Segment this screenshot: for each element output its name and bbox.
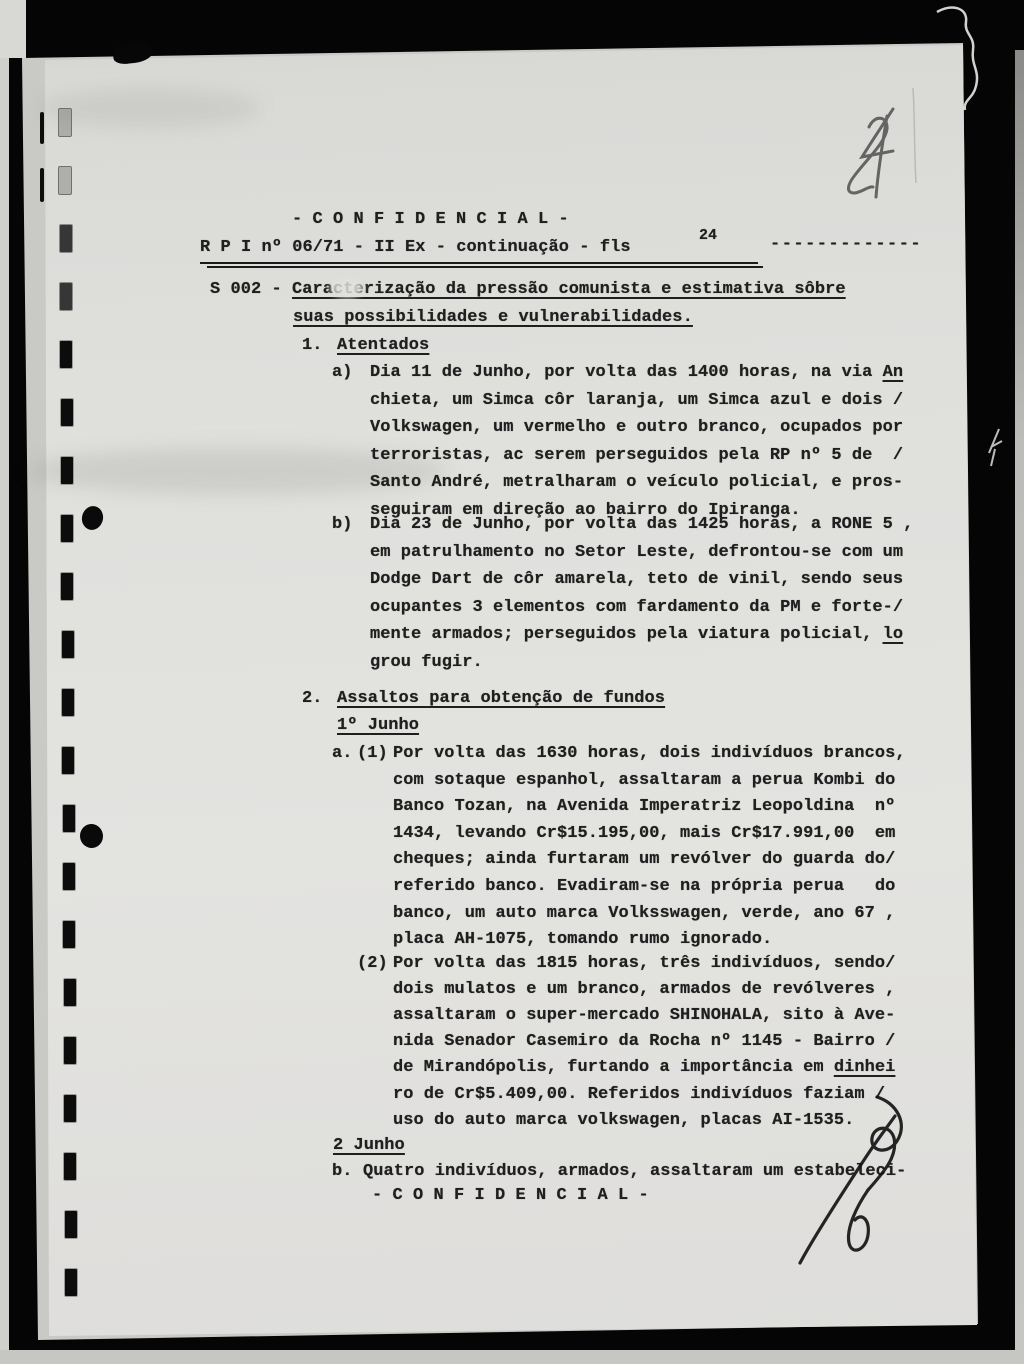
line-text: Quatro indivíduos, armados, assaltaram u… xyxy=(363,1162,906,1181)
punch-hole xyxy=(59,224,73,253)
punch-hole xyxy=(62,862,76,891)
punch-hole xyxy=(60,456,74,485)
white-scratch-mark xyxy=(989,429,1002,466)
punch-hole xyxy=(59,340,73,369)
punch-hole xyxy=(64,1210,78,1239)
document-line: ocupantes 3 elementos com fardamento da … xyxy=(370,599,903,617)
line-text: de Mirandópolis, furtando a importância … xyxy=(393,1058,834,1077)
document-line: grou fugir. xyxy=(370,654,483,672)
document-line: assaltaram o super-mercado SHINOHALA, si… xyxy=(393,1007,895,1025)
line-text: grou fugir. xyxy=(370,653,483,672)
classification-header: - C O N F I D E N C I A L - xyxy=(292,211,569,229)
document-line: nida Senador Casemiro da Rocha nº 1145 -… xyxy=(393,1033,895,1051)
document-line: Banco Tozan, na Avenida Imperatriz Leopo… xyxy=(393,798,895,816)
document-line: Dodge Dart de côr amarela, teto de vinil… xyxy=(370,571,903,589)
subject-line-2: suas possibilidades e vulnerabilidades. xyxy=(293,309,693,327)
reference-dashes: ------------- xyxy=(770,236,922,254)
line-text: Por volta das 1815 horas, três indivíduo… xyxy=(393,954,895,973)
line-text-underlined: dinhei xyxy=(834,1058,896,1077)
line-text: ro de Cr$5.409,00. Referidos indivíduos … xyxy=(393,1085,885,1104)
list-marker: a. xyxy=(332,745,353,763)
scanned-document: - C O N F I D E N C I A L - R P I nº 06/… xyxy=(0,0,1024,1364)
punch-hole xyxy=(63,1094,77,1123)
punch-hole xyxy=(60,572,74,601)
date-subheading: 1º Junho xyxy=(337,717,419,735)
line-text: Volkswagen, um vermelho e outro branco, … xyxy=(370,418,903,437)
punch-hole xyxy=(64,1268,78,1297)
scanner-edge-right xyxy=(1015,50,1024,1364)
line-text: assaltaram o super-mercado SHINOHALA, si… xyxy=(393,1006,895,1025)
punch-hole xyxy=(62,804,76,833)
line-text: ocupantes 3 elementos com fardamento da … xyxy=(370,598,903,617)
document-line: Por volta das 1630 horas, dois indivíduo… xyxy=(393,745,906,763)
punch-hole xyxy=(60,398,74,427)
punch-hole xyxy=(60,514,74,543)
document-line: referido banco. Evadiram-se na própria p… xyxy=(393,878,895,896)
punch-hole xyxy=(58,166,72,195)
line-text: referido banco. Evadiram-se na própria p… xyxy=(393,877,895,896)
ink-fade-spot xyxy=(330,278,364,298)
document-line: Quatro indivíduos, armados, assaltaram u… xyxy=(363,1163,906,1181)
reference-underline xyxy=(200,262,758,264)
page-edge-nick xyxy=(40,112,44,144)
line-text: 1434, levando Cr$15.195,00, mais Cr$17.9… xyxy=(393,824,895,843)
document-line: placa AH-1075, tomando rumo ignorado. xyxy=(393,931,772,949)
reference-line: R P I nº 06/71 - II Ex - continuação - f… xyxy=(200,239,631,257)
reference-underline-2 xyxy=(207,266,763,268)
line-text: banco, um auto marca Volksswagen, verde,… xyxy=(393,904,895,923)
document-page xyxy=(0,0,1024,1364)
section-number: 1. xyxy=(302,337,323,355)
line-text: com sotaque espanhol, assaltaram a perua… xyxy=(393,771,895,790)
document-line: Volkswagen, um vermelho e outro branco, … xyxy=(370,419,903,437)
list-marker: (1) xyxy=(357,745,388,763)
photocopy-smudge xyxy=(40,88,260,128)
subject-prefix: S 002 - xyxy=(210,280,292,299)
document-line: em patrulhamento no Setor Leste, defront… xyxy=(370,544,903,562)
line-text: terroristas, ac serem perseguidos pela R… xyxy=(370,446,903,465)
list-marker: b. xyxy=(332,1163,353,1181)
document-line: ro de Cr$5.409,00. Referidos indivíduos … xyxy=(393,1086,885,1104)
document-line: banco, um auto marca Volksswagen, verde,… xyxy=(393,905,895,923)
scanner-edge-bottom xyxy=(0,1350,1024,1364)
punch-hole xyxy=(62,920,76,949)
document-line: dois mulatos e um branco, armados de rev… xyxy=(393,981,895,999)
subject-line-1: S 002 - Caracterização da pressão comuni… xyxy=(210,281,846,299)
line-text: cheques; ainda furtaram um revólver do g… xyxy=(393,850,895,869)
document-line: mente armados; perseguidos pela viatura … xyxy=(370,626,903,644)
punch-hole xyxy=(59,282,73,311)
line-text: em patrulhamento no Setor Leste, defront… xyxy=(370,543,903,562)
list-marker: b) xyxy=(332,516,353,534)
scanner-edge-left xyxy=(0,0,9,1364)
line-text: chieta, um Simca côr laranja, um Simca a… xyxy=(370,391,903,410)
line-text: mente armados; perseguidos pela viatura … xyxy=(370,625,883,644)
line-text: Santo André, metralharam o veículo polic… xyxy=(370,473,903,492)
line-text-underlined: lo xyxy=(883,625,904,644)
line-text: Banco Tozan, na Avenida Imperatriz Leopo… xyxy=(393,797,895,816)
list-marker: a) xyxy=(332,364,353,382)
punch-hole xyxy=(63,1036,77,1065)
punch-hole xyxy=(61,688,75,717)
document-line: de Mirandópolis, furtando a importância … xyxy=(393,1059,895,1077)
date-subheading: 2 Junho xyxy=(333,1137,405,1155)
line-text: Por volta das 1630 horas, dois indivíduo… xyxy=(393,744,906,763)
document-line: uso do auto marca volkswagen, placas AI-… xyxy=(393,1112,854,1130)
document-line: Santo André, metralharam o veículo polic… xyxy=(370,474,903,492)
line-text: Dia 23 de Junho, por volta das 1425 hora… xyxy=(370,515,913,534)
document-line: Por volta das 1815 horas, três indivíduo… xyxy=(393,955,895,973)
document-line: com sotaque espanhol, assaltaram a perua… xyxy=(393,772,895,790)
document-line: Dia 23 de Junho, por volta das 1425 hora… xyxy=(370,516,913,534)
list-marker: (2) xyxy=(357,955,388,973)
punch-hole xyxy=(63,1152,77,1181)
document-line: Dia 11 de Junho, por volta das 1400 hora… xyxy=(370,364,903,382)
reference-page-number: 24 xyxy=(699,227,717,245)
subject-title-1: Caracterização da pressão comunista e es… xyxy=(292,280,846,299)
line-text-underlined: An xyxy=(883,363,904,382)
document-line: terroristas, ac serem perseguidos pela R… xyxy=(370,447,903,465)
punch-hole xyxy=(58,108,72,137)
line-text: dois mulatos e um branco, armados de rev… xyxy=(393,980,895,999)
section-heading: Atentados xyxy=(337,337,429,355)
scanner-corner-top-left xyxy=(0,0,26,58)
reference-text: R P I nº 06/71 - II Ex - continuação - f… xyxy=(200,238,631,257)
punch-hole xyxy=(61,746,75,775)
punch-hole xyxy=(61,630,75,659)
section-number: 2. xyxy=(302,690,323,708)
line-text: Dia 11 de Junho, por volta das 1400 hora… xyxy=(370,363,883,382)
classification-footer: - C O N F I D E N C I A L - xyxy=(372,1187,649,1205)
line-text: uso do auto marca volkswagen, placas AI-… xyxy=(393,1111,854,1130)
line-text: Dodge Dart de côr amarela, teto de vinil… xyxy=(370,570,903,589)
document-line: 1434, levando Cr$15.195,00, mais Cr$17.9… xyxy=(393,825,895,843)
document-line: cheques; ainda furtaram um revólver do g… xyxy=(393,851,895,869)
punch-hole xyxy=(63,978,77,1007)
line-text: placa AH-1075, tomando rumo ignorado. xyxy=(393,930,772,949)
page-edge-nick xyxy=(40,168,44,202)
section-heading: Assaltos para obtenção de fundos xyxy=(337,690,665,708)
document-line: chieta, um Simca côr laranja, um Simca a… xyxy=(370,392,903,410)
line-text: nida Senador Casemiro da Rocha nº 1145 -… xyxy=(393,1032,895,1051)
